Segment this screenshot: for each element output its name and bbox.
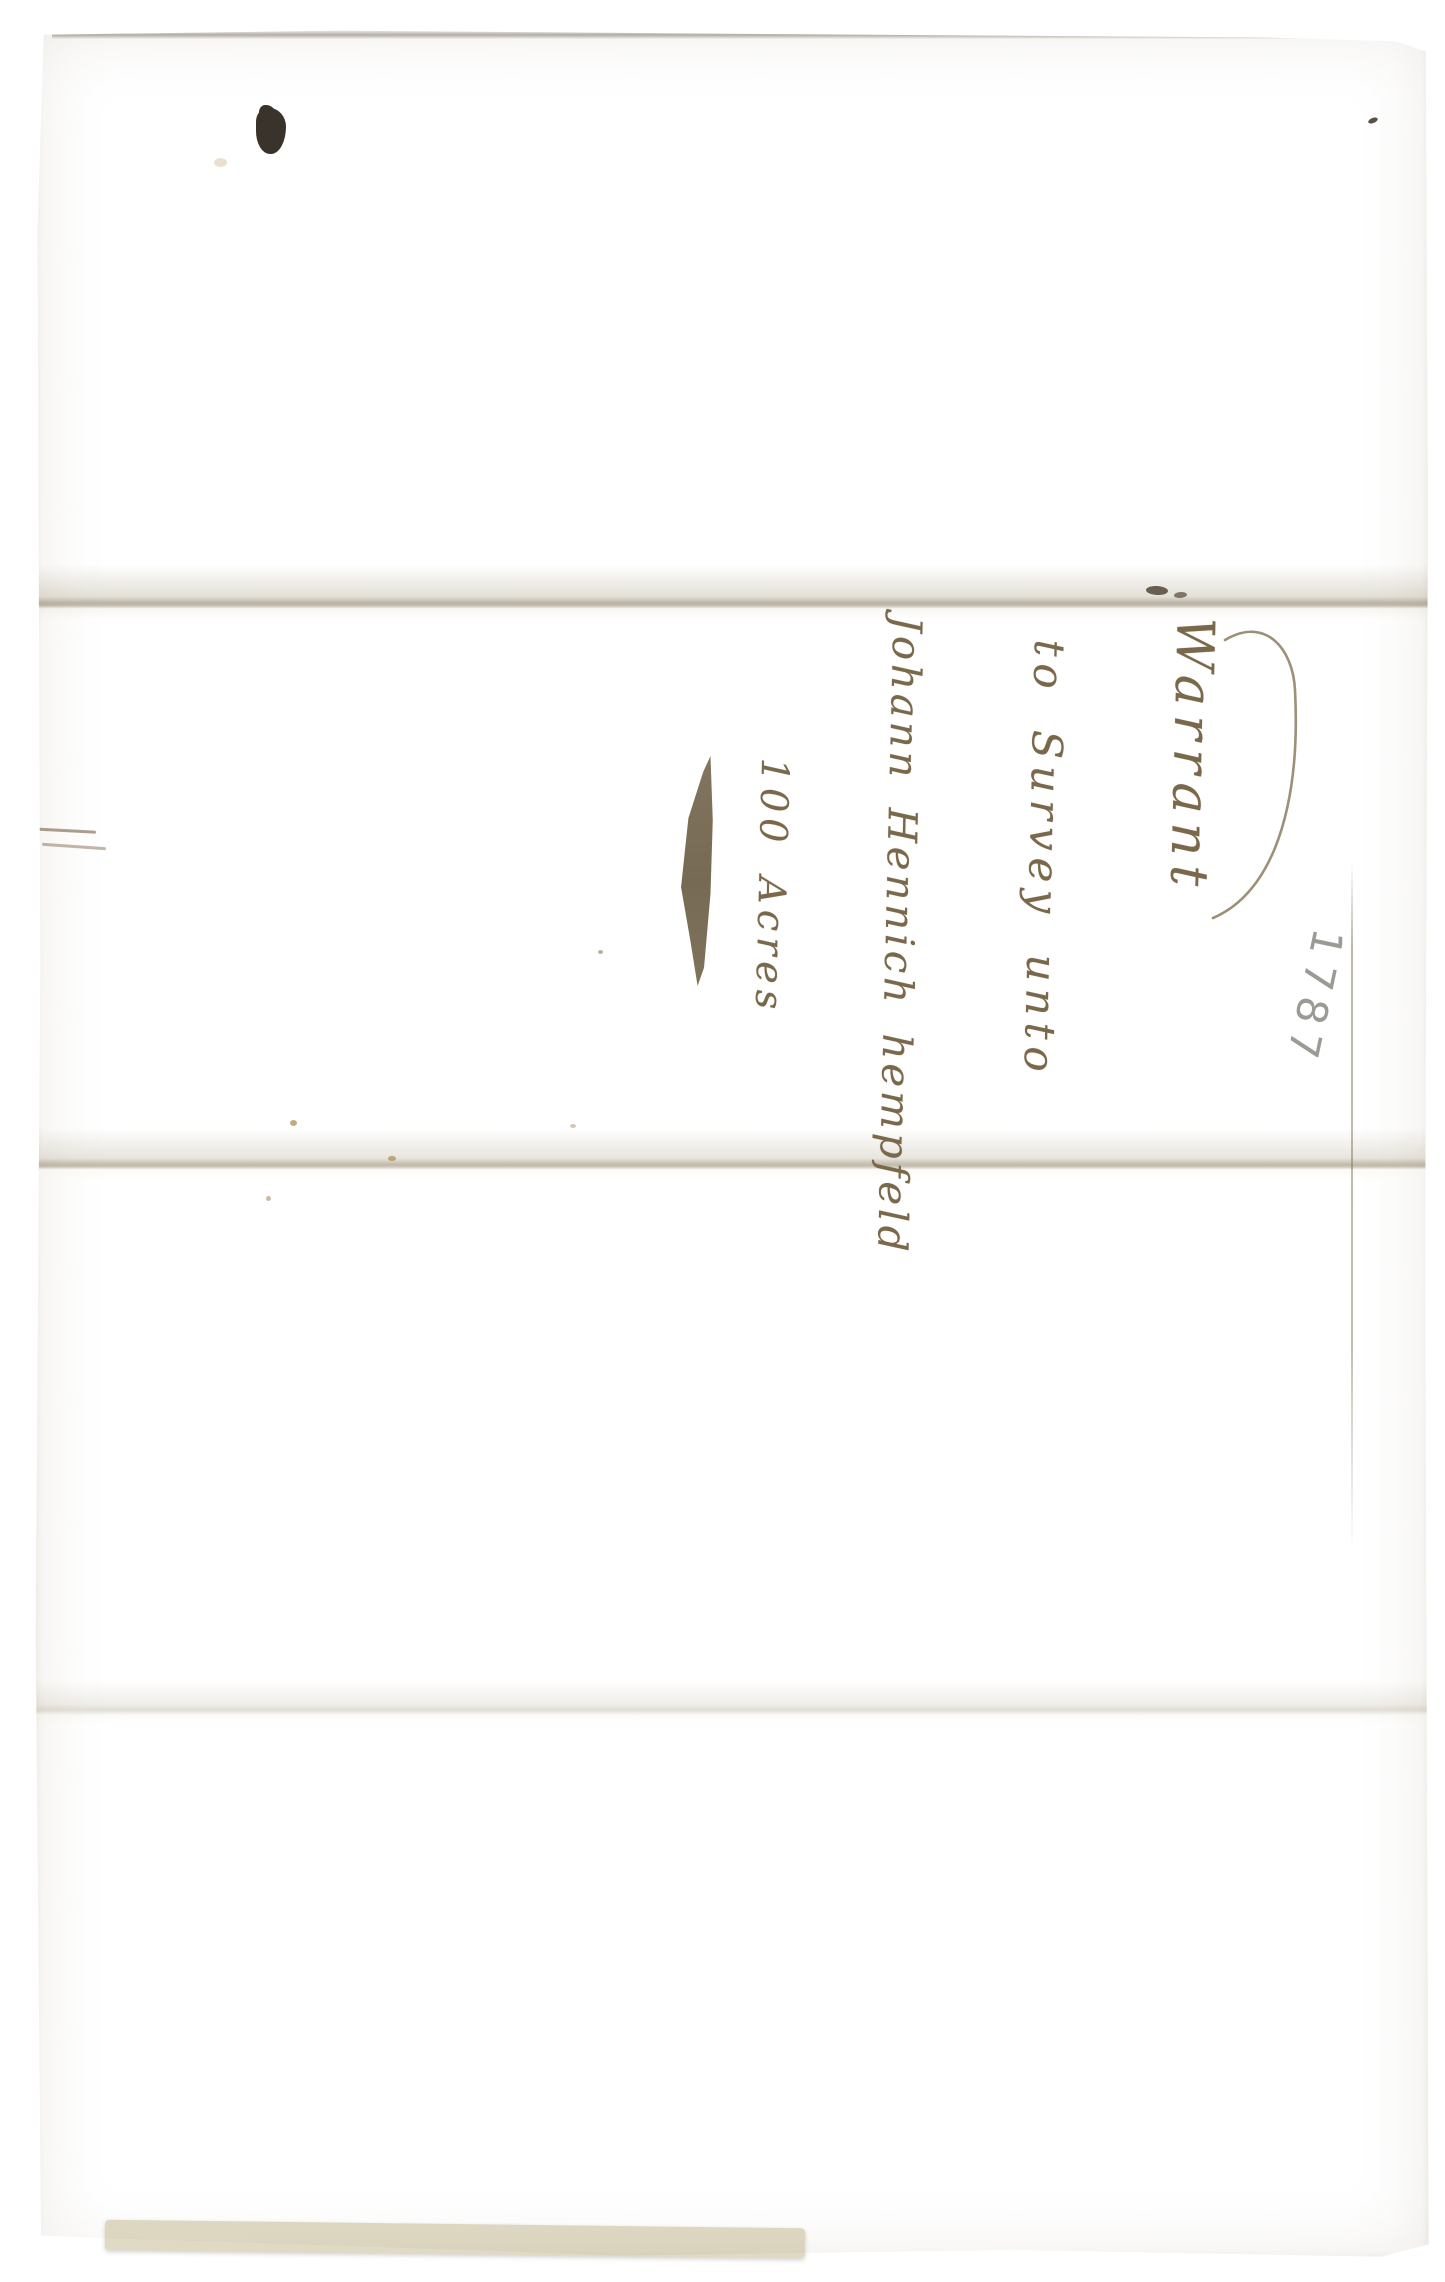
document-scan: Warrant to Survey unto Johann Hennich he… [0, 0, 1445, 2282]
pencil-year-annotation: 1787 [1276, 924, 1353, 1070]
foxing-speck [388, 1156, 396, 1161]
paper-speck [598, 950, 603, 954]
docket-line-grantee-name: Johann Hennich hempfeld [818, 614, 980, 1257]
fold-line-3 [34, 1680, 1430, 1724]
foxing-speck [266, 1196, 271, 1201]
docket-line-acreage: 100 Acres [720, 757, 818, 1254]
paper-stain [214, 158, 227, 167]
left-edge-ink-mark [42, 843, 106, 850]
foxing-speck [290, 1120, 297, 1126]
vertical-crease [1351, 862, 1353, 1552]
paper-sheet: Warrant to Survey unto Johann Hennich he… [34, 28, 1430, 2260]
warrant-swash-flourish [1155, 598, 1325, 938]
docket-line-survey-unto: to Survey unto [974, 638, 1109, 1261]
foxing-speck [570, 1124, 576, 1128]
paper-speck [1367, 116, 1378, 124]
ink-blot [256, 108, 286, 154]
top-fold-edge [52, 30, 1426, 39]
left-edge-ink-mark [30, 827, 96, 833]
